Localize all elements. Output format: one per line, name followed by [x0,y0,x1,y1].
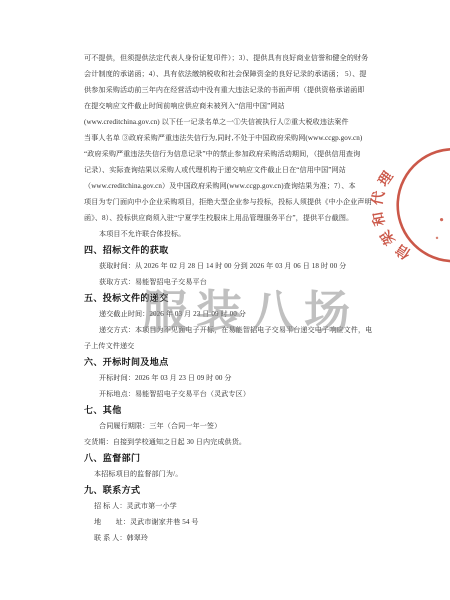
doc-line: 可不提供，但须提供法定代表人身份证复印件）；3）、提供具有良好商业信誉和健全的财… [84,50,376,66]
doc-line: 在提交响应文件截止时间前响应供应商未被列入“信用中国”网站 [84,98,376,114]
doc-line: 当事人名单 ③政府采购严重违法失信行为,同时,不处于中国政府采购网(www.cc… [84,130,376,146]
svg-text:信架和代理: 信架和代理 [368,162,426,269]
doc-line-contract-term: 合同履行期限：三年（合同一年一签） [84,418,376,434]
doc-line-obtain-method: 获取方式：易能智招电子交易平台 [84,274,376,290]
section-heading-others: 七、其他 [84,402,376,418]
doc-line-submission-method: 递交方式：本项目为不见面电子开标，在易能智招电子交易平台递交电子响应文件，电 [84,322,376,338]
doc-line-supervision: 本招标项目的监督部门为/。 [84,466,376,482]
doc-line-contact-person: 联 系 人：韩翠玲 [84,530,376,546]
doc-line: “政府采购严重违法失信行为信息记录”中的禁止参加政府采购活动期间，（提供信用查询 [84,146,376,162]
doc-line: 记录）、实际查询结果以采购人或代理机构于递交响应文件截止日在“信用中国”网站 [84,162,376,178]
doc-line-opening-place: 开标地点：易能智招电子交易平台（灵武专区） [84,386,376,402]
seal-arc-text: 信架和代理 [368,162,426,269]
section-heading-submission: 五、投标文件的递交 [84,290,376,306]
doc-line-no-consortium: 本项目不允许联合体投标。 [84,226,376,242]
section-heading-bid-opening: 六、开标时间及地点 [84,354,376,370]
doc-line: 项目为专门面向中小企业采购项目，拒绝大型企业参与投标，投标人须提供《中小企业声明 [84,194,376,210]
doc-line: 函》、8）、投标供应商须入驻“宁夏学生校服床上用品管理服务平台”，提供平台截图。 [84,210,376,226]
doc-line-opening-time: 开标时间：2026 年 03 月 23 日 09 时 00 分 [84,370,376,386]
document-body: 可不提供，但须提供法定代表人身份证复印件）；3）、提供具有良好商业信誉和健全的财… [84,50,376,546]
doc-line-tenderer: 招 标 人：灵武市第一小学 [84,498,376,514]
scanned-tender-document-page: 可不提供，但须提供法定代表人身份证复印件）；3）、提供具有良好商业信誉和健全的财… [0,0,450,600]
doc-line-delivery-term: 交货期：自接到学校通知之日起 30 日内完成供货。 [84,434,376,450]
section-heading-supervision: 八、监督部门 [84,450,376,466]
doc-line-obtain-time: 获取时间：从 2026 年 02 月 28 日 14 时 00 分到 2026 … [84,258,376,274]
doc-line-address: 地 址：灵武市谢家井巷 54 号 [84,514,376,530]
doc-line: 会计制度的承诺函；4）、具有依法缴纳税收和社会保障资金的良好记录的承诺函； 5）… [84,66,376,82]
seal-speckle [440,218,444,222]
section-heading-obtain-documents: 四、招标文件的获取 [84,242,376,258]
doc-line: (www.creditchina.gov.cn) 以下任一记录名单之一①失信被执… [84,114,376,130]
doc-line-submission-method-cont: 子上传文件递交 [84,338,376,354]
doc-line-submission-deadline: 递交截止时间：2026 年 03 月 23 日 09 时 00 分 [84,306,376,322]
seal-ring [383,145,450,275]
doc-line: 供参加采购活动前三年内在经营活动中没有重大违法记录的书面声明（提供资格承诺函即 [84,82,376,98]
seal-speckle [436,236,439,239]
section-heading-contact: 九、联系方式 [84,482,376,498]
red-seal-stamp: 信架和代理 [368,145,450,275]
doc-line: （www.creditchina.gov.cn）及中国政府采购网(www.ccg… [84,178,376,194]
